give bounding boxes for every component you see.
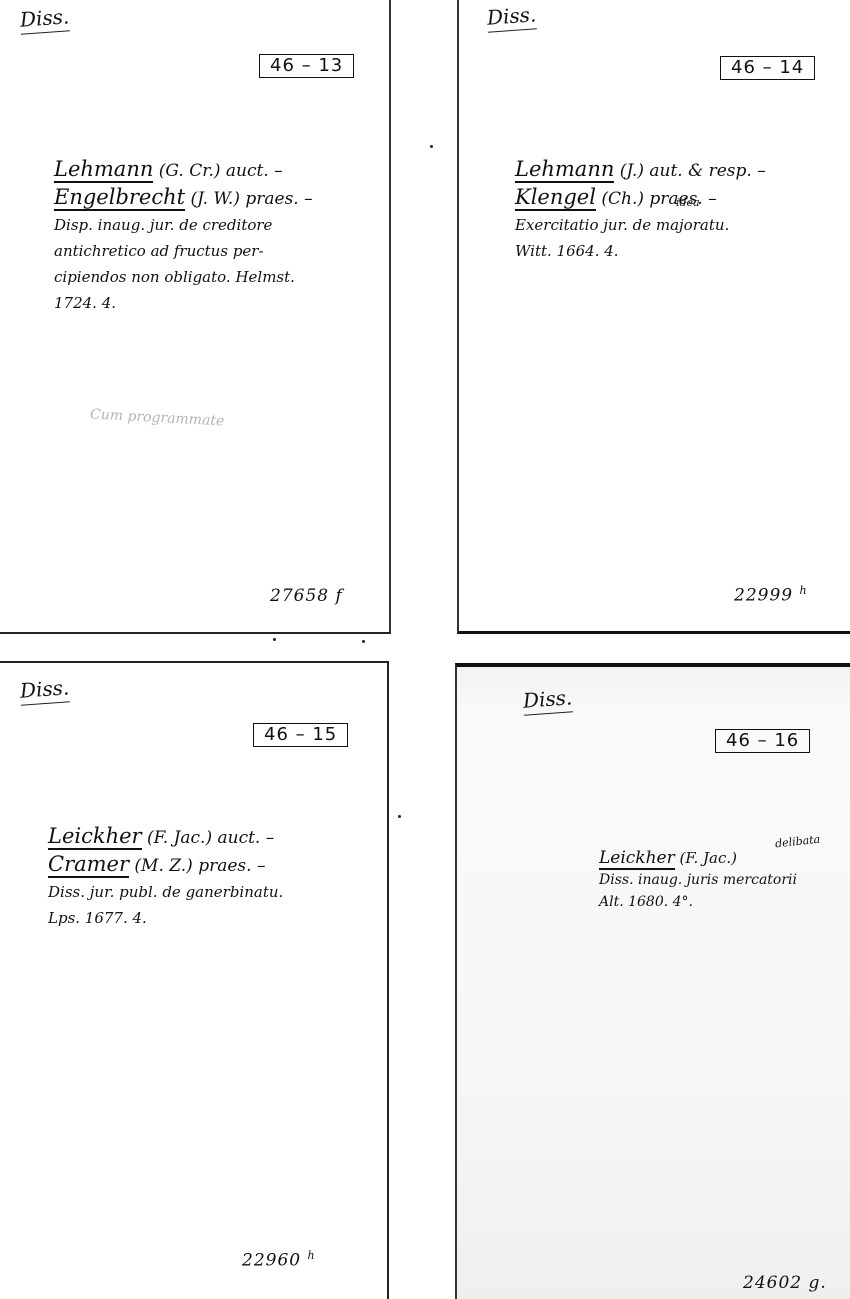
accession-suffix: h	[308, 1249, 316, 1262]
accession-number: 22960 h	[242, 1249, 316, 1271]
author-role: (F. Jac.) auct. –	[147, 828, 274, 848]
title-line: Diss. jur. publ. de ganerbinatu.	[48, 879, 283, 905]
accession-digits: 24602	[743, 1273, 802, 1293]
accession-number: 27658 f	[270, 586, 343, 606]
author-line: Leickher (F. Jac.)	[599, 847, 797, 869]
accession-suffix: g.	[809, 1273, 827, 1293]
imprint-line: 1724. 4.	[54, 290, 313, 316]
catalog-card-46-13: Diss. 46 – 13 Lehmann (G. Cr.) auct. – E…	[0, 0, 391, 634]
scan-speck	[430, 145, 433, 148]
praeses-line: Klengel (Ch.) praes. –	[515, 184, 766, 212]
author-role: (G. Cr.) auct. –	[159, 161, 283, 181]
accession-digits: 27658	[270, 586, 329, 606]
catalog-entry: Lehmann (J.) aut. & resp. – Klengel (Ch.…	[515, 156, 766, 264]
card-category-label: Diss.	[19, 675, 70, 705]
imprint-line: Witt. 1664. 4.	[515, 238, 766, 264]
praeses-name: Cramer	[48, 852, 129, 878]
accession-digits: 22999	[734, 586, 793, 606]
author-name: Leickher	[599, 848, 675, 870]
praeses-role: (J. W.) praes. –	[190, 189, 312, 209]
title-line: antichretico ad fructus per-	[54, 238, 313, 264]
accession-suffix: h	[800, 584, 808, 597]
author-name: Leickher	[48, 824, 142, 850]
author-forenames: (F. Jac.)	[680, 849, 737, 867]
author-name: Lehmann	[515, 157, 614, 183]
imprint-line: Alt. 1680. 4°.	[599, 891, 797, 913]
scan-speck	[398, 815, 401, 818]
scan-speck	[273, 638, 276, 641]
praeses-role: (M. Z.) praes. –	[134, 856, 265, 876]
author-line: Lehmann (G. Cr.) auct. –	[54, 156, 313, 184]
catalog-card-46-16: Diss. 46 – 16 delibata Leickher (F. Jac.…	[455, 663, 850, 1299]
card-category-label: Diss.	[522, 685, 573, 715]
title-line: cipiendos non obligato. Helmst.	[54, 264, 313, 290]
call-number-box: 46 – 13	[259, 54, 354, 78]
praeses-name: Klengel	[515, 185, 596, 211]
accession-number: 24602 g.	[743, 1273, 827, 1293]
author-line: Leickher (F. Jac.) auct. –	[48, 823, 283, 851]
call-number-box: 46 – 14	[720, 56, 815, 80]
card-category-label: Diss.	[486, 2, 537, 32]
title-line: Disp. inaug. jur. de creditore	[54, 212, 313, 238]
call-number-box: 46 – 15	[253, 723, 348, 747]
catalog-entry: Lehmann (G. Cr.) auct. – Engelbrecht (J.…	[54, 156, 313, 316]
call-number-box: 46 – 16	[715, 729, 810, 753]
praeses-line: Engelbrecht (J. W.) praes. –	[54, 184, 313, 212]
catalog-entry: Leickher (F. Jac.) auct. – Cramer (M. Z.…	[48, 823, 283, 931]
catalog-card-46-14: Diss. 46 – 14 idea Lehmann (J.) aut. & r…	[457, 0, 850, 634]
author-role: (J.) aut. & resp. –	[620, 161, 766, 181]
title-line: Exercitatio jur. de majoratu.	[515, 212, 766, 238]
author-name: Lehmann	[54, 157, 153, 183]
author-line: Lehmann (J.) aut. & resp. –	[515, 156, 766, 184]
card-category-label: Diss.	[19, 4, 70, 34]
imprint-line: Lps. 1677. 4.	[48, 905, 283, 931]
title-line: Diss. inaug. juris mercatorii	[599, 869, 797, 891]
pencil-note: Cum programmate	[90, 406, 225, 429]
accession-suffix: f	[336, 586, 343, 606]
accession-number: 22999 h	[734, 584, 808, 606]
praeses-name: Engelbrecht	[54, 185, 185, 211]
catalog-card-46-15: Diss. 46 – 15 Leickher (F. Jac.) auct. –…	[0, 661, 389, 1299]
praeses-role: (Ch.) praes. –	[601, 189, 716, 209]
scan-speck	[362, 640, 365, 643]
praeses-line: Cramer (M. Z.) praes. –	[48, 851, 283, 879]
accession-digits: 22960	[242, 1251, 301, 1271]
catalog-entry: Leickher (F. Jac.) Diss. inaug. juris me…	[599, 847, 797, 913]
